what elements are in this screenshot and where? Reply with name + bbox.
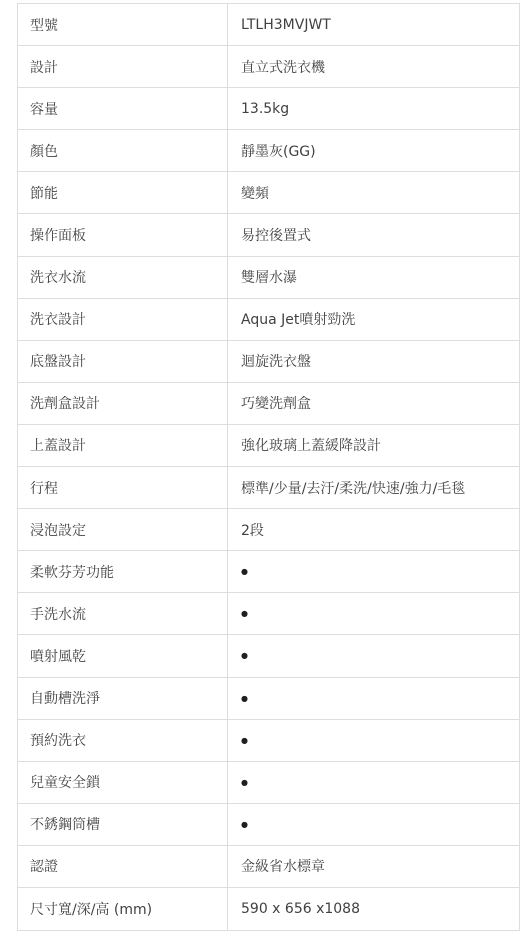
spec-label: 顏色 [18, 130, 228, 171]
table-row: 柔軟芬芳功能 ● [18, 551, 519, 593]
spec-value: 13.5kg [228, 88, 519, 129]
spec-label: 浸泡設定 [18, 509, 228, 550]
table-row: 洗衣水流 雙層水瀑 [18, 257, 519, 299]
spec-label: 柔軟芬芳功能 [18, 551, 228, 592]
table-row: 容量 13.5kg [18, 88, 519, 130]
table-row: 洗衣設計 Aqua Jet噴射勁洗 [18, 299, 519, 341]
spec-value: 雙層水瀑 [228, 257, 519, 298]
spec-label: 節能 [18, 172, 228, 213]
spec-value: ● [228, 551, 519, 592]
spec-label: 尺寸寬/深/高 (mm) [18, 888, 228, 930]
table-row: 型號 LTLH3MVJWT [18, 4, 519, 46]
spec-label: 洗劑盒設計 [18, 383, 228, 424]
spec-label: 操作面板 [18, 214, 228, 255]
table-row: 操作面板 易控後置式 [18, 214, 519, 256]
spec-table: 型號 LTLH3MVJWT 設計 直立式洗衣機 容量 13.5kg 顏色 靜墨灰… [17, 3, 520, 931]
spec-label: 噴射風乾 [18, 635, 228, 676]
spec-label: 上蓋設計 [18, 425, 228, 466]
spec-value: ● [228, 720, 519, 761]
spec-value: ● [228, 678, 519, 719]
spec-label: 設計 [18, 46, 228, 87]
spec-value: 迴旋洗衣盤 [228, 341, 519, 382]
table-row: 浸泡設定 2段 [18, 509, 519, 551]
table-row: 兒童安全鎖 ● [18, 762, 519, 804]
spec-label: 容量 [18, 88, 228, 129]
spec-value: 靜墨灰(GG) [228, 130, 519, 171]
spec-label: 手洗水流 [18, 593, 228, 634]
table-row: 行程 標準/少量/去汙/柔洗/快速/強力/毛毯 [18, 467, 519, 509]
spec-value: ● [228, 635, 519, 676]
table-row: 節能 變頻 [18, 172, 519, 214]
spec-value: 易控後置式 [228, 214, 519, 255]
spec-label: 自動槽洗淨 [18, 678, 228, 719]
spec-value: ● [228, 593, 519, 634]
spec-label: 底盤設計 [18, 341, 228, 382]
spec-value: Aqua Jet噴射勁洗 [228, 299, 519, 340]
spec-value: 標準/少量/去汙/柔洗/快速/強力/毛毯 [228, 467, 519, 508]
spec-label: 洗衣設計 [18, 299, 228, 340]
spec-label: 行程 [18, 467, 228, 508]
table-row: 自動槽洗淨 ● [18, 678, 519, 720]
spec-value: ● [228, 762, 519, 803]
spec-label: 預約洗衣 [18, 720, 228, 761]
spec-value: 金級省水標章 [228, 846, 519, 887]
table-row: 洗劑盒設計 巧變洗劑盒 [18, 383, 519, 425]
table-row: 上蓋設計 強化玻璃上蓋緩降設計 [18, 425, 519, 467]
spec-value: 2段 [228, 509, 519, 550]
spec-label: 洗衣水流 [18, 257, 228, 298]
spec-value: 直立式洗衣機 [228, 46, 519, 87]
table-row: 顏色 靜墨灰(GG) [18, 130, 519, 172]
spec-value: 強化玻璃上蓋緩降設計 [228, 425, 519, 466]
spec-label: 兒童安全鎖 [18, 762, 228, 803]
spec-label: 型號 [18, 4, 228, 45]
spec-value: 巧變洗劑盒 [228, 383, 519, 424]
table-row: 底盤設計 迴旋洗衣盤 [18, 341, 519, 383]
spec-label: 認證 [18, 846, 228, 887]
spec-value: LTLH3MVJWT [228, 4, 519, 45]
table-row: 認證 金級省水標章 [18, 846, 519, 888]
table-row: 預約洗衣 ● [18, 720, 519, 762]
table-row: 尺寸寬/深/高 (mm) 590 x 656 x1088 [18, 888, 519, 930]
spec-value: ● [228, 804, 519, 845]
table-row: 噴射風乾 ● [18, 635, 519, 677]
spec-value: 590 x 656 x1088 [228, 888, 519, 930]
spec-label: 不銹鋼筒槽 [18, 804, 228, 845]
table-row: 手洗水流 ● [18, 593, 519, 635]
table-row: 不銹鋼筒槽 ● [18, 804, 519, 846]
spec-value: 變頻 [228, 172, 519, 213]
table-row: 設計 直立式洗衣機 [18, 46, 519, 88]
